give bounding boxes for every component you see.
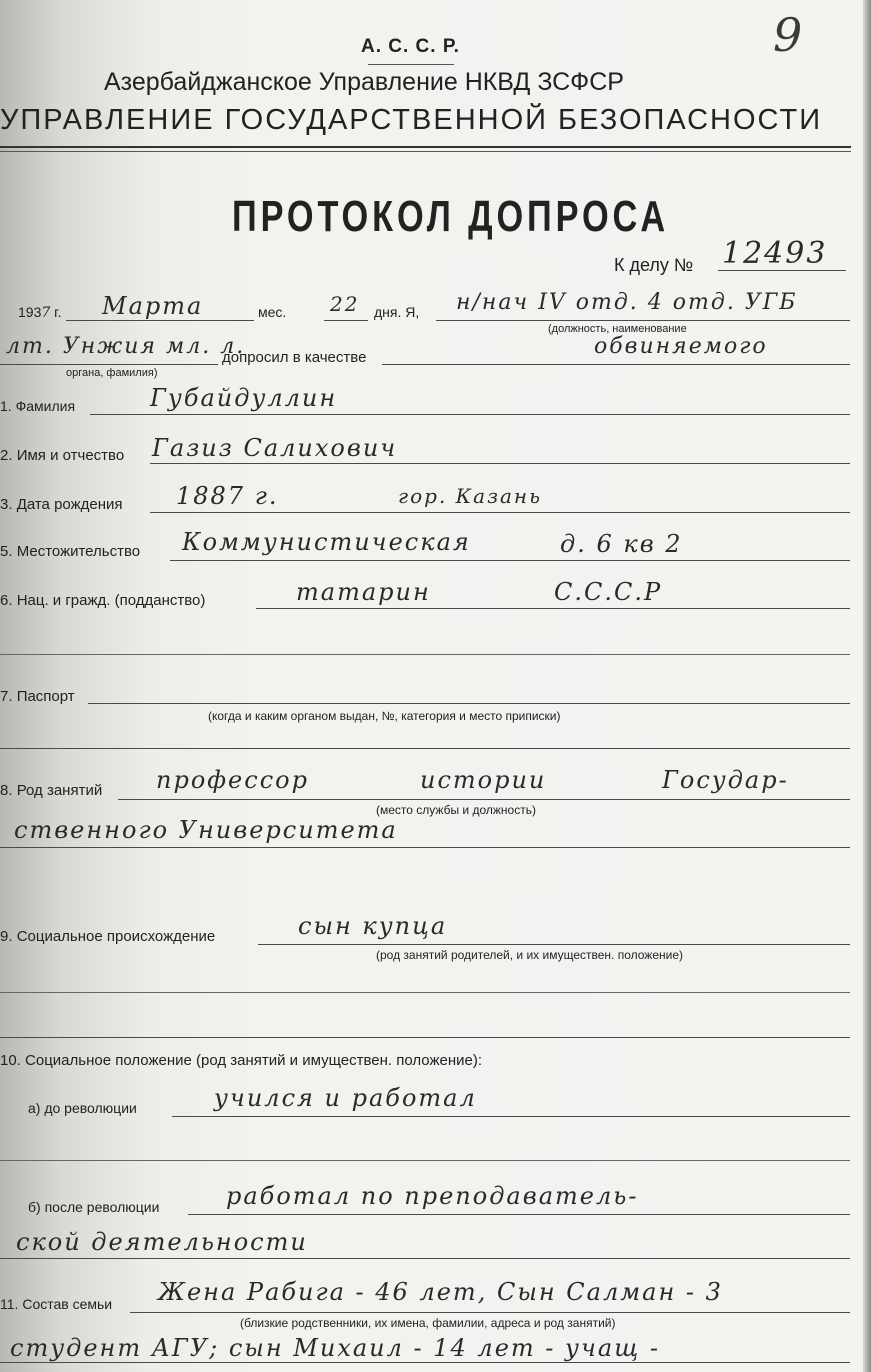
field-6-value-2: С.С.С.Р xyxy=(554,578,662,606)
field-3-value: 1887 г. xyxy=(176,482,278,510)
field-9-line-2 xyxy=(0,992,850,993)
family-cont: студент АГУ; сын Михаил - 14 лет - учащ … xyxy=(10,1334,660,1362)
field-8-text: Род занятий xyxy=(17,782,103,799)
field-5-text: Местожительство xyxy=(17,543,140,560)
field-8-label: 8. Род занятий xyxy=(0,782,102,799)
field-2-num: 2. xyxy=(0,447,13,464)
family-num: 11. xyxy=(0,1296,18,1312)
family-line xyxy=(130,1312,850,1313)
field-8-num: 8. xyxy=(0,782,13,799)
month-value: Марта xyxy=(102,292,203,320)
field-7-line-2 xyxy=(0,748,850,749)
document-title: ПРОТОКОЛ ДОПРОСА xyxy=(232,192,669,242)
after-revolution-cont: ской деятельности xyxy=(16,1228,308,1256)
header-rule-1 xyxy=(0,146,851,148)
day-value: 22 xyxy=(330,292,359,316)
month-line xyxy=(66,320,254,321)
case-label: К делу № xyxy=(614,255,693,276)
field-6-value: татарин xyxy=(296,578,431,606)
officer-line xyxy=(436,320,850,321)
field-9-caption: (род занятий родителей, и их имуществен.… xyxy=(376,948,683,962)
officer-value: н/нач IV отд. 4 отд. УГБ xyxy=(456,290,797,315)
field-7-label: 7. Паспорт xyxy=(0,688,75,705)
header-rule-2 xyxy=(0,151,851,152)
field-1-num: 1. xyxy=(0,398,12,414)
field-8-value-3: Государ- xyxy=(662,766,789,794)
case-number: 12493 xyxy=(722,236,827,271)
case-number-line xyxy=(718,270,846,271)
field-7-num: 7. xyxy=(0,688,13,705)
field-9-label: 9. Социальное происхождение xyxy=(0,928,215,945)
field-3-text: Дата рождения xyxy=(17,496,123,513)
day-label: дня. Я, xyxy=(374,304,419,320)
field-5-value: Коммунистическая xyxy=(182,528,471,556)
organ-caption: органа, фамилия) xyxy=(66,367,158,379)
after-revolution-label: б) после революции xyxy=(28,1199,159,1215)
field-5-num: 5. xyxy=(0,543,13,560)
month-label: мес. xyxy=(258,304,286,320)
officer-cont-value: лт. Унжия мл. л. xyxy=(6,334,245,359)
role-line xyxy=(382,364,850,365)
field-2-text: Имя и отчество xyxy=(17,447,124,464)
document-page: А. С. С. Р. Азербайджанское Управление Н… xyxy=(0,0,871,1372)
role-value: обвиняемого xyxy=(594,334,768,359)
field-2-line xyxy=(150,463,850,464)
field-5-line xyxy=(170,560,850,561)
field-3-num: 3. xyxy=(0,496,13,513)
field-9-num: 9. xyxy=(0,928,13,945)
year-prefix-text: 193 xyxy=(18,304,41,320)
field-8-value-2: истории xyxy=(420,766,546,794)
before-revolution-value: учился и работал xyxy=(214,1084,477,1112)
field-6-label: 6. Нац. и гражд. (подданство) xyxy=(0,592,205,609)
field-2-value: Газиз Салихович xyxy=(152,434,397,462)
field-1-line xyxy=(90,414,850,415)
year-prefix: 1937 г. xyxy=(18,304,61,321)
field-1-label: 1. Фамилия xyxy=(0,398,75,414)
page-number: 9 xyxy=(773,8,802,62)
field-3-value-2: гор. Казань xyxy=(398,484,542,508)
field-6-line xyxy=(256,608,850,609)
field-8-value: профессор xyxy=(156,766,309,794)
before-revolution-line-2 xyxy=(0,1160,850,1161)
field-3-label: 3. Дата рождения xyxy=(0,496,123,513)
family-value: Жена Рабига - 46 лет, Сын Салман - 3 xyxy=(158,1278,723,1306)
field-9-line-3 xyxy=(0,1037,850,1038)
field-9-line xyxy=(258,944,850,945)
header-rule-short xyxy=(368,64,454,65)
field-6-num: 6. xyxy=(0,592,13,609)
field-8-line-2 xyxy=(0,847,850,848)
year-digit: 7 xyxy=(41,305,50,321)
before-revolution-line xyxy=(172,1116,850,1117)
family-text: Состав семьи xyxy=(22,1296,112,1312)
after-revolution-line-2 xyxy=(0,1258,850,1259)
family-caption: (близкие родственники, их имена, фамилии… xyxy=(240,1316,615,1330)
org-short: А. С. С. Р. xyxy=(361,36,460,58)
day-line xyxy=(324,320,368,321)
page-edge xyxy=(863,0,871,1372)
field-1-text: Фамилия xyxy=(16,398,75,414)
officer-cont-line xyxy=(0,364,218,365)
field-9-value: сын купца xyxy=(298,912,447,940)
field-8-caption: (место службы и должность) xyxy=(376,803,536,817)
field-7-line xyxy=(88,703,850,704)
interrogated-label: допросил в качестве xyxy=(222,349,366,366)
field-6-text: Нац. и гражд. (подданство) xyxy=(17,592,206,609)
org-line-2: УПРАВЛЕНИЕ ГОСУДАРСТВЕННОЙ БЕЗОПАСНОСТИ xyxy=(0,104,822,137)
year-g-label: г. xyxy=(54,304,61,320)
field-9-text: Социальное происхождение xyxy=(17,928,216,945)
field-7-text: Паспорт xyxy=(17,688,75,705)
field-8-line xyxy=(118,799,850,800)
field-1-value: Губайдуллин xyxy=(150,384,337,412)
field-5-label: 5. Местожительство xyxy=(0,543,140,560)
field-8-cont-value: ственного Университета xyxy=(14,816,398,844)
field-7-caption: (когда и каким органом выдан, №, категор… xyxy=(208,709,561,723)
field-2-label: 2. Имя и отчество xyxy=(0,447,124,464)
field-6-line-2 xyxy=(0,654,850,655)
after-revolution-line xyxy=(188,1214,850,1215)
after-revolution-value: работал по преподаватель- xyxy=(226,1182,638,1210)
org-line-1: Азербайджанское Управление НКВД ЗСФСР xyxy=(104,68,624,97)
family-label: 11. Состав семьи xyxy=(0,1296,112,1312)
field-5-value-2: д. 6 кв 2 xyxy=(560,530,683,558)
social-status-heading: 10. Социальное положение (род занятий и … xyxy=(0,1052,482,1069)
family-line-2 xyxy=(0,1362,850,1363)
before-revolution-label: а) до революции xyxy=(28,1100,137,1116)
field-3-line xyxy=(150,512,850,513)
